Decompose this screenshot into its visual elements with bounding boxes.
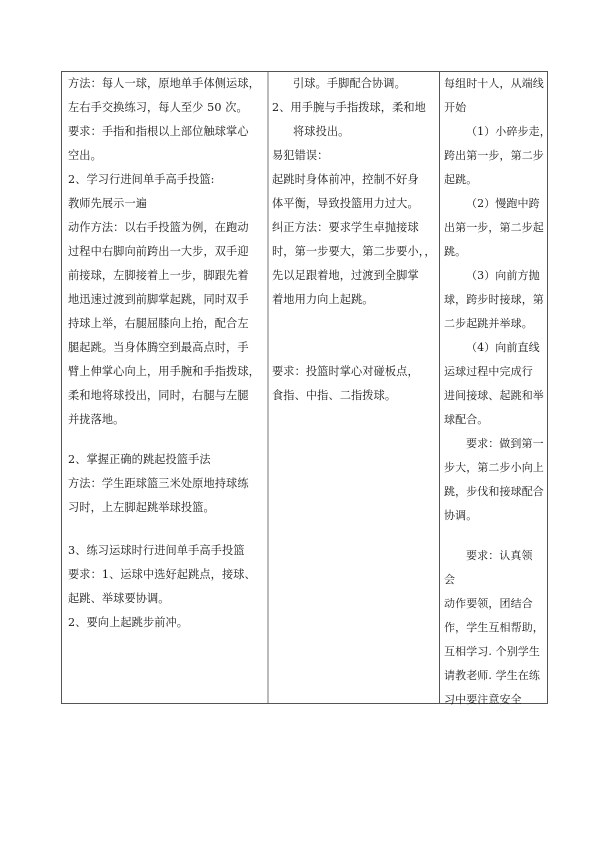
text-line: （1）小碎步走，: [444, 125, 551, 138]
text-line: 2、用手腕与手指拨球，柔和地: [272, 101, 426, 114]
text-line: 开始: [444, 101, 466, 114]
text-line: 将球投出。: [272, 125, 349, 138]
text-line: 持球上举，右腿屈膝向上抬，配合左: [68, 317, 249, 330]
text-line: 3、练习运球时行进间单手高手投篮: [68, 544, 245, 557]
text-line: 要求：手指和指根以上部位触球掌心: [68, 125, 249, 138]
column-key-points: 引球。手脚配合协调。2、用手腕与手指拨球，柔和地将球投出。易犯错误：起跳时身体前…: [269, 72, 440, 703]
text-line: 跳，步伐和接球配合: [444, 485, 544, 498]
text-line: 出第一步，第二步起: [444, 221, 544, 234]
text-line: 会: [444, 573, 455, 586]
text-line: 起跳。: [444, 173, 477, 186]
text-line: 要求：做到第一: [444, 437, 544, 450]
column-teaching-content: 方法：每人一球，原地单手体侧运球，左右手交换练习，每人至少 50 次。要求：手指…: [62, 72, 269, 703]
text-line: 体平衡，导致投篮用力过大。: [272, 197, 419, 210]
text-line: 进间接球、起跳和举: [444, 389, 544, 402]
text-line: 时，第一步要大，第二步要小，，: [272, 245, 436, 258]
text-line: 运球过程中完成行: [444, 365, 533, 378]
text-line: 协调。: [444, 509, 477, 522]
text-line: 先以足跟着地，过渡到全脚掌: [272, 269, 419, 282]
text-line: 要求：1、运球中选好起跳点，接球、: [68, 568, 256, 581]
text-line: 着地用力向上起跳。: [272, 293, 374, 306]
text-line: 2、掌握正确的跳起投篮手法: [68, 453, 211, 466]
text-line: 球配合。: [444, 413, 488, 426]
text-line: 要求：投篮时掌心对碰板点，: [272, 365, 419, 378]
text-line: 2、学习行进间单手高手投篮:: [68, 173, 215, 186]
text-line: 起跳、举球要协调。: [68, 592, 170, 605]
text-line: 习时，上左脚起跳举球投篮。: [68, 501, 215, 514]
text-line: （2）慢跑中跨: [444, 197, 540, 210]
text-line: 易犯错误：: [272, 149, 328, 162]
text-line: 并拢落地。: [68, 413, 124, 426]
text-line: 方法：每人一球，原地单手体侧运球，: [68, 77, 260, 90]
text-line: 地迅速过渡到前脚掌起跳，同时双手: [68, 293, 249, 306]
text-line: 跳。: [444, 245, 466, 258]
text-line: 方法：学生距球篮三米处原地持球练: [68, 477, 249, 490]
text-line: 作，学生互相帮助，: [444, 621, 544, 634]
text-line: 起跳时身体前冲，控制不好身: [272, 173, 419, 186]
text-line: 教师先展示一遍: [68, 197, 147, 210]
text-line: 2、要向上起跳步前冲。: [68, 616, 188, 629]
text-line: 每组时十人，从端线: [444, 77, 544, 90]
text-line: 臂上伸掌心向上，用手腕和手指拨球，: [68, 365, 260, 378]
text-line: 要求：认真领: [444, 549, 533, 562]
lesson-plan-table: 方法：每人一球，原地单手体侧运球，左右手交换练习，每人至少 50 次。要求：手指…: [61, 71, 548, 704]
column-organization: 每组时十人，从端线开始（1）小碎步走，跨出第一步，第二步起跳。（2）慢跑中跨出第…: [440, 72, 548, 703]
text-line: 引球。手脚配合协调。: [272, 77, 406, 90]
text-line: 动作要领，团结合: [444, 597, 533, 610]
text-line: 步大，第二步小向上: [444, 461, 544, 474]
text-line: 前接球，左脚接着上一步，脚跟先着: [68, 269, 249, 282]
text-line: 二步起跳并举球。: [444, 317, 533, 330]
text-line: 左右手交换练习，每人至少 50 次。: [68, 101, 248, 114]
text-line: 互相学习. 个别学生: [444, 645, 540, 658]
text-line: （3）向前方抛: [444, 269, 540, 282]
text-line: 空出。: [68, 149, 102, 162]
text-line: 请教老师. 学生在练: [444, 669, 540, 682]
text-line: （4）向前直线: [444, 341, 540, 354]
text-line: 球，跨步时接球，第: [444, 293, 544, 306]
text-line: 动作方法：以右手投篮为例，在跑动: [68, 221, 249, 234]
text-line: 习中要注意安全: [444, 693, 522, 706]
text-line: 过程中右脚向前跨出一大步，双手迎: [68, 245, 249, 258]
text-line: 食指、中指、二指拨球。: [272, 389, 396, 402]
text-line: 纠正方法：要求学生卓抛接球: [272, 221, 419, 234]
text-line: 柔和地将球投出，同时，右腿与左腿: [68, 389, 249, 402]
text-line: 腿起跳。当身体腾空到最高点时，手: [68, 341, 249, 354]
text-line: 跨出第一步，第二步: [444, 149, 544, 162]
